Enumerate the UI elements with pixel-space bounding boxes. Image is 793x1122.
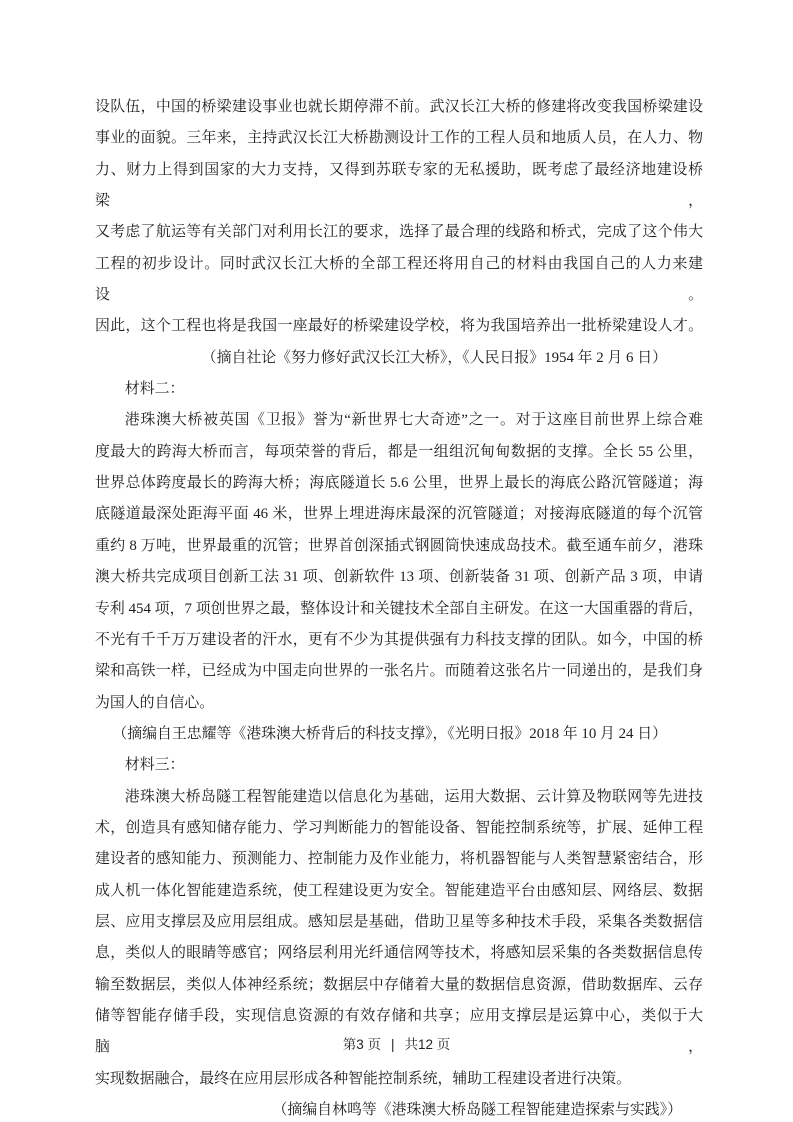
text-column: 设队伍，中国的桥梁建设事业也就长期停滞不前。武汉长江大桥的修建将改变我国桥梁建设… [95, 92, 703, 1122]
text-line: 层、应用支撑层及应用层组成。感知层是基础，借助卫星等多种技术手段，采集各类数据信 [95, 907, 703, 938]
document-page: 设队伍，中国的桥梁建设事业也就长期停滞不前。武汉长江大桥的修建将改变我国桥梁建设… [0, 0, 793, 1122]
text-line: 港珠澳大桥被英国《卫报》誉为“新世界七大奇迹”之一。对于这座目前世界上综合难 [95, 405, 703, 436]
text-line: 成人机一体化智能建造系统，使工程建设更为安全。智能建造平台由感知层、网络层、数据 [95, 876, 703, 907]
page-number-total: 共12 页 [405, 1037, 451, 1052]
text-line: 梁和高铁一样，已经成为中国走向世界的一张名片。而随着这张名片一同递出的，是我们身 [95, 656, 703, 687]
text-line: 事业的面貌。三年来，主持武汉长江大桥勘测设计工作的工程人员和地质人员，在人力、物 [95, 123, 703, 154]
text-line: 设队伍，中国的桥梁建设事业也就长期停滞不前。武汉长江大桥的修建将改变我国桥梁建设 [95, 92, 703, 123]
text-line: 又考虑了航运等有关部门对利用长江的要求，选择了最合理的线路和桥式，完成了这个伟大 [95, 217, 703, 248]
material1-citation: （摘自社论《努力修好武汉长江大桥》，《人民日报》1954 年 2 月 6 日） [95, 343, 703, 374]
footer-separator: | [391, 1037, 395, 1052]
material2-heading: 材料二： [95, 374, 703, 405]
text-line: 为国人的自信心。 [95, 688, 703, 719]
material1-paragraph: 设队伍，中国的桥梁建设事业也就长期停滞不前。武汉长江大桥的修建将改变我国桥梁建设… [95, 92, 703, 343]
text-line: 重约 8 万吨，世界最重的沉管；世界首创深插式钢圆筒快速成岛技术。截至通车前夕，… [95, 531, 703, 562]
text-line: 输至数据层，类似人体神经系统；数据层中存储着大量的数据信息资源，借助数据库、云存 [95, 970, 703, 1001]
text-line: 息，类似人的眼睛等感官；网络层利用光纤通信网等技术，将感知层采集的各类数据信息传 [95, 938, 703, 969]
text-line: 澳大桥共完成项目创新工法 31 项、创新软件 13 项、创新装备 31 项、创新… [95, 562, 703, 593]
text-line: 术，创造具有感知储存能力、学习判断能力的智能设备、智能控制系统等，扩展、延伸工程 [95, 813, 703, 844]
text-line: 不光有千千万万建设者的汗水，更有不少为其提供强有力科技支撑的团队。如今，中国的桥 [95, 625, 703, 656]
text-line: 世界总体跨度最长的跨海大桥；海底隧道长 5.6 公里，世界上最长的海底公路沉管隧… [95, 468, 703, 499]
text-line: 港珠澳大桥岛隧工程智能建造以信息化为基础，运用大数据、云计算及物联网等先进技 [95, 782, 703, 813]
text-line: 底隧道最深处距海平面 46 米，世界上埋进海床最深的沉管隧道；对接海底隧道的每个… [95, 499, 703, 530]
text-line: 实现数据融合，最终在应用层形成各种智能控制系统，辅助工程建设者进行决策。 [95, 1064, 703, 1095]
text-line: 度最大的跨海大桥而言，每项荣誉的背后，都是一组组沉甸甸数据的支撑。全长 55 公… [95, 437, 703, 468]
material3-citation: （摘编自林鸣等《港珠澳大桥岛隧工程智能建造探索与实践》） [95, 1095, 703, 1122]
text-line: 力、财力上得到国家的大力支持，又得到苏联专家的无私援助，既考虑了最经济地建设桥梁… [95, 155, 703, 218]
text-line: 工程的初步设计。同时武汉长江大桥的全部工程还将用自己的材料由我国自己的人力来建设… [95, 249, 703, 312]
page-number-current: 第3 页 [343, 1037, 381, 1052]
text-line: 专利 454 项，7 项创世界之最，整体设计和关键技术全部自主研发。在这一大国重… [95, 594, 703, 625]
text-line: 建设者的感知能力、预测能力、控制能力及作业能力，将机器智能与人类智慧紧密结合，形 [95, 844, 703, 875]
material3-heading: 材料三： [95, 750, 703, 781]
page-footer: 第3 页|共12 页 [0, 1033, 793, 1053]
text-line: 因此，这个工程也将是我国一座最好的桥梁建设学校，将为我国培养出一批桥梁建设人才。 [95, 311, 703, 342]
material2-paragraph: 港珠澳大桥被英国《卫报》誉为“新世界七大奇迹”之一。对于这座目前世界上综合难 度… [95, 405, 703, 718]
material2-citation: （摘编自王忠耀等《港珠澳大桥背后的科技支撑》，《光明日报》2018 年 10 月… [95, 719, 703, 750]
